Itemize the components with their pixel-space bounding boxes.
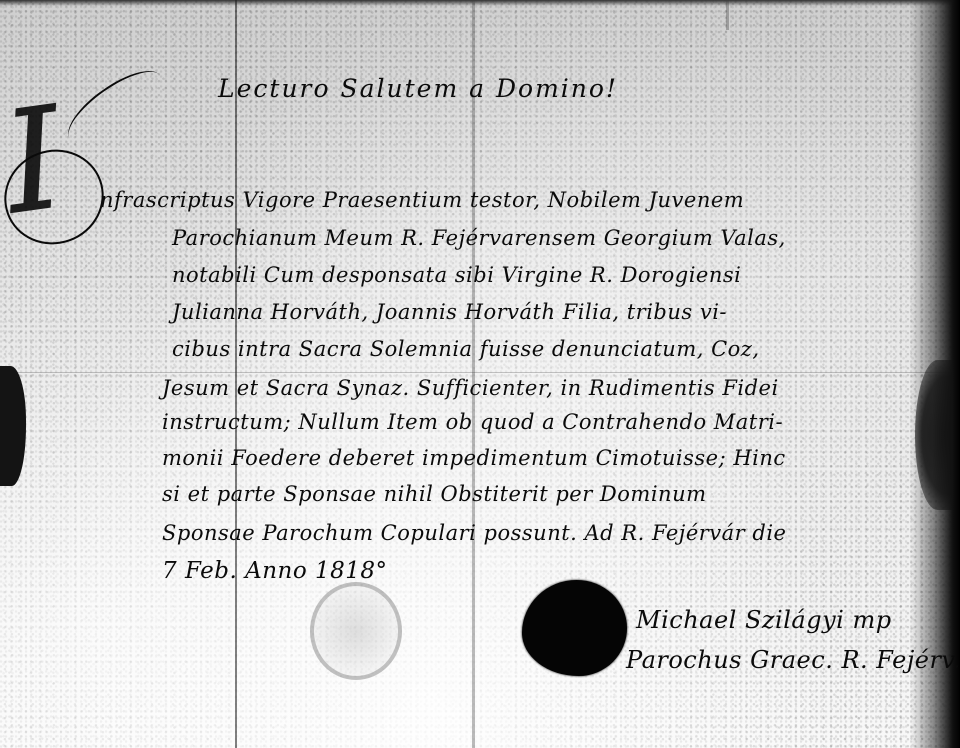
body-line-5: cibus intra Sacra Solemnia fuisse denunc… [172,339,760,360]
body-line-10: Sponsae Parochum Copulari possunt. Ad R.… [162,523,786,544]
fold-line-left [235,0,237,748]
top-edge-shadow [0,0,960,6]
fold-line-horizontal [0,372,960,373]
document-heading: Lecturo Salutem a Domino! [218,74,618,103]
document-scan: Lecturo Salutem a Domino! I nfrascriptus… [0,0,960,748]
signature-title: Parochus Graec. R. Fejérv. [626,646,960,674]
right-edge-shadow [910,0,960,748]
date-line: 7 Feb. Anno 1818° [162,560,388,583]
body-line-2: Parochianum Meum R. Fejérvarensem Georgi… [172,228,786,249]
body-line-3: notabili Cum desponsata sibi Virgine R. … [172,265,741,286]
body-line-9: si et parte Sponsae nihil Obstiterit per… [162,484,707,505]
body-line-8: monii Foedere deberet impedimentum Cimot… [162,448,786,469]
paper-wash [0,0,960,748]
fold-line-right [726,0,729,30]
signature-name: Michael Szilágyi mp [636,606,892,634]
wax-seal-icon [522,580,627,676]
initial-flourish-top-icon [58,58,172,155]
fold-line-center [472,0,475,748]
faint-stamp-icon [310,582,402,680]
body-line-1: nfrascriptus Vigore Praesentium testor, … [100,190,744,211]
left-edge-stain [0,366,26,486]
body-line-7: instructum; Nullum Item ob quod a Contra… [162,412,783,433]
body-line-6: Jesum et Sacra Synaz. Sufficienter, in R… [162,378,779,399]
body-line-4: Julianna Horváth, Joannis Horváth Filia,… [172,302,727,323]
